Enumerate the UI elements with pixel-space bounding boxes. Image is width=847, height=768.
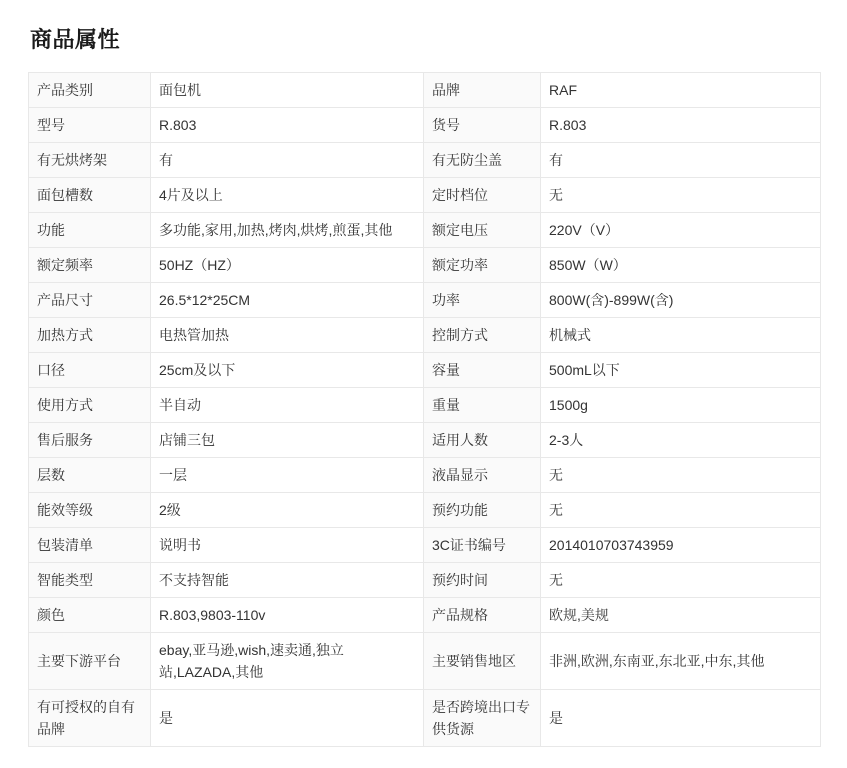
attribute-label: 额定频率 — [29, 248, 151, 283]
attribute-value: 无 — [541, 178, 821, 213]
attribute-label: 产品规格 — [424, 598, 541, 633]
attribute-value: 1500g — [541, 388, 821, 423]
attribute-value: 2级 — [151, 493, 424, 528]
attribute-label: 包装清单 — [29, 528, 151, 563]
table-row: 使用方式半自动重量1500g — [29, 388, 821, 423]
attribute-value: 4片及以上 — [151, 178, 424, 213]
attribute-label: 控制方式 — [424, 318, 541, 353]
page-title: 商品属性 — [30, 27, 820, 53]
attribute-value: 有 — [151, 143, 424, 178]
attribute-value: 是 — [151, 690, 424, 747]
table-row: 售后服务店铺三包适用人数2-3人 — [29, 423, 821, 458]
attribute-label: 有可授权的自有品牌 — [29, 690, 151, 747]
attribute-label: 产品尺寸 — [29, 283, 151, 318]
attribute-value: 非洲,欧洲,东南亚,东北亚,中东,其他 — [541, 633, 821, 690]
product-attributes-page: 商品属性 产品类别面包机品牌RAF型号R.803货号R.803有无烘烤架有有无防… — [0, 0, 847, 768]
attribute-value: 无 — [541, 458, 821, 493]
attribute-value: 50HZ（HZ） — [151, 248, 424, 283]
attribute-value: 500mL以下 — [541, 353, 821, 388]
attributes-table-body: 产品类别面包机品牌RAF型号R.803货号R.803有无烘烤架有有无防尘盖有面包… — [29, 73, 821, 747]
attribute-label: 货号 — [424, 108, 541, 143]
attribute-value: 800W(含)-899W(含) — [541, 283, 821, 318]
attribute-label: 预约时间 — [424, 563, 541, 598]
attribute-label: 层数 — [29, 458, 151, 493]
table-row: 型号R.803货号R.803 — [29, 108, 821, 143]
attribute-value: 220V（V） — [541, 213, 821, 248]
attribute-label: 液晶显示 — [424, 458, 541, 493]
attribute-value: 不支持智能 — [151, 563, 424, 598]
attribute-label: 型号 — [29, 108, 151, 143]
attribute-value: RAF — [541, 73, 821, 108]
attribute-label: 定时档位 — [424, 178, 541, 213]
attribute-value: 有 — [541, 143, 821, 178]
attribute-value: R.803,9803-110v — [151, 598, 424, 633]
attribute-label: 智能类型 — [29, 563, 151, 598]
attribute-label: 预约功能 — [424, 493, 541, 528]
attribute-value: 店铺三包 — [151, 423, 424, 458]
attribute-label: 主要下游平台 — [29, 633, 151, 690]
attribute-value: 无 — [541, 493, 821, 528]
attribute-label: 适用人数 — [424, 423, 541, 458]
attribute-value: 无 — [541, 563, 821, 598]
attribute-label: 品牌 — [424, 73, 541, 108]
attribute-value: 多功能,家用,加热,烤肉,烘烤,煎蛋,其他 — [151, 213, 424, 248]
attribute-label: 重量 — [424, 388, 541, 423]
table-row: 功能多功能,家用,加热,烤肉,烘烤,煎蛋,其他额定电压220V（V） — [29, 213, 821, 248]
attribute-label: 颜色 — [29, 598, 151, 633]
attribute-value: R.803 — [541, 108, 821, 143]
table-row: 额定频率50HZ（HZ）额定功率850W（W） — [29, 248, 821, 283]
table-row: 主要下游平台ebay,亚马逊,wish,速卖通,独立站,LAZADA,其他主要销… — [29, 633, 821, 690]
attribute-label: 3C证书编号 — [424, 528, 541, 563]
attribute-label: 功能 — [29, 213, 151, 248]
table-row: 产品类别面包机品牌RAF — [29, 73, 821, 108]
attribute-label: 口径 — [29, 353, 151, 388]
attribute-value: 说明书 — [151, 528, 424, 563]
attribute-value: 半自动 — [151, 388, 424, 423]
table-row: 产品尺寸26.5*12*25CM功率800W(含)-899W(含) — [29, 283, 821, 318]
table-row: 智能类型不支持智能预约时间无 — [29, 563, 821, 598]
attribute-label: 功率 — [424, 283, 541, 318]
table-row: 能效等级2级预约功能无 — [29, 493, 821, 528]
attribute-value: 一层 — [151, 458, 424, 493]
attribute-value: 850W（W） — [541, 248, 821, 283]
product-attributes-table: 产品类别面包机品牌RAF型号R.803货号R.803有无烘烤架有有无防尘盖有面包… — [28, 72, 821, 747]
table-row: 有无烘烤架有有无防尘盖有 — [29, 143, 821, 178]
table-row: 有可授权的自有品牌是是否跨境出口专供货源是 — [29, 690, 821, 747]
attribute-value: 25cm及以下 — [151, 353, 424, 388]
attribute-label: 额定功率 — [424, 248, 541, 283]
table-row: 层数一层液晶显示无 — [29, 458, 821, 493]
attribute-label: 是否跨境出口专供货源 — [424, 690, 541, 747]
attribute-value: 机械式 — [541, 318, 821, 353]
attribute-label: 有无防尘盖 — [424, 143, 541, 178]
attribute-label: 产品类别 — [29, 73, 151, 108]
attribute-label: 面包槽数 — [29, 178, 151, 213]
attribute-value: 电热管加热 — [151, 318, 424, 353]
attribute-value: ebay,亚马逊,wish,速卖通,独立站,LAZADA,其他 — [151, 633, 424, 690]
attribute-label: 主要销售地区 — [424, 633, 541, 690]
attribute-label: 有无烘烤架 — [29, 143, 151, 178]
table-row: 口径25cm及以下容量500mL以下 — [29, 353, 821, 388]
attribute-label: 能效等级 — [29, 493, 151, 528]
attribute-value: 面包机 — [151, 73, 424, 108]
attribute-value: R.803 — [151, 108, 424, 143]
table-row: 加热方式电热管加热控制方式机械式 — [29, 318, 821, 353]
attribute-label: 容量 — [424, 353, 541, 388]
table-row: 面包槽数4片及以上定时档位无 — [29, 178, 821, 213]
attribute-value: 26.5*12*25CM — [151, 283, 424, 318]
attribute-value: 2-3人 — [541, 423, 821, 458]
attribute-value: 是 — [541, 690, 821, 747]
attribute-label: 售后服务 — [29, 423, 151, 458]
attribute-label: 使用方式 — [29, 388, 151, 423]
attribute-value: 欧规,美规 — [541, 598, 821, 633]
table-row: 包装清单说明书3C证书编号2014010703743959 — [29, 528, 821, 563]
attribute-value: 2014010703743959 — [541, 528, 821, 563]
attribute-label: 加热方式 — [29, 318, 151, 353]
attribute-label: 额定电压 — [424, 213, 541, 248]
table-row: 颜色R.803,9803-110v产品规格欧规,美规 — [29, 598, 821, 633]
